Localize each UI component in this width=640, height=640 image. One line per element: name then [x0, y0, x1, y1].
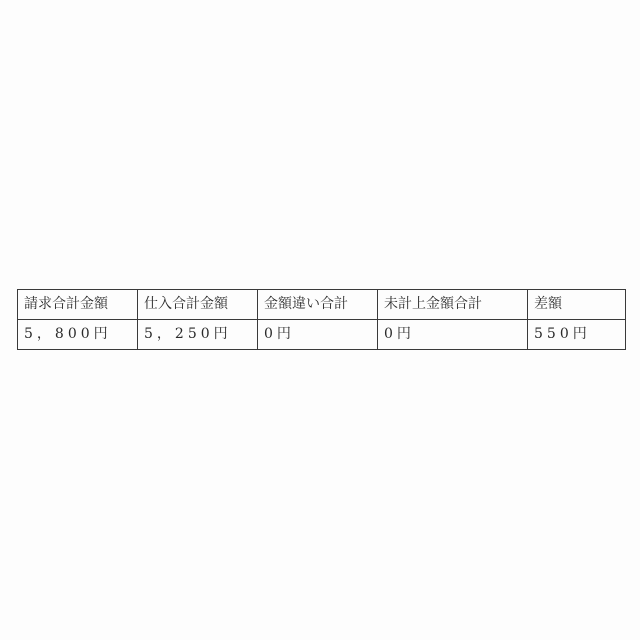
value-unrecorded-amount-total: 0円: [378, 320, 528, 350]
header-amount-discrepancy-total: 金額違い合計: [258, 290, 378, 320]
value-amount-discrepancy-total: 0円: [258, 320, 378, 350]
value-purchase-total: 5，250円: [138, 320, 258, 350]
header-difference: 差額: [528, 290, 626, 320]
value-difference: 550円: [528, 320, 626, 350]
value-billing-total: 5，800円: [18, 320, 138, 350]
header-row: 請求合計金額 仕入合計金額 金額違い合計 未計上金額合計 差額: [18, 290, 626, 320]
table-row: 5，800円 5，250円 0円 0円 550円: [18, 320, 626, 350]
header-purchase-total: 仕入合計金額: [138, 290, 258, 320]
header-billing-total: 請求合計金額: [18, 290, 138, 320]
header-unrecorded-amount-total: 未計上金額合計: [378, 290, 528, 320]
amount-summary-table: 請求合計金額 仕入合計金額 金額違い合計 未計上金額合計 差額 5，800円 5…: [17, 289, 626, 350]
document-page: 請求合計金額 仕入合計金額 金額違い合計 未計上金額合計 差額 5，800円 5…: [0, 0, 640, 640]
